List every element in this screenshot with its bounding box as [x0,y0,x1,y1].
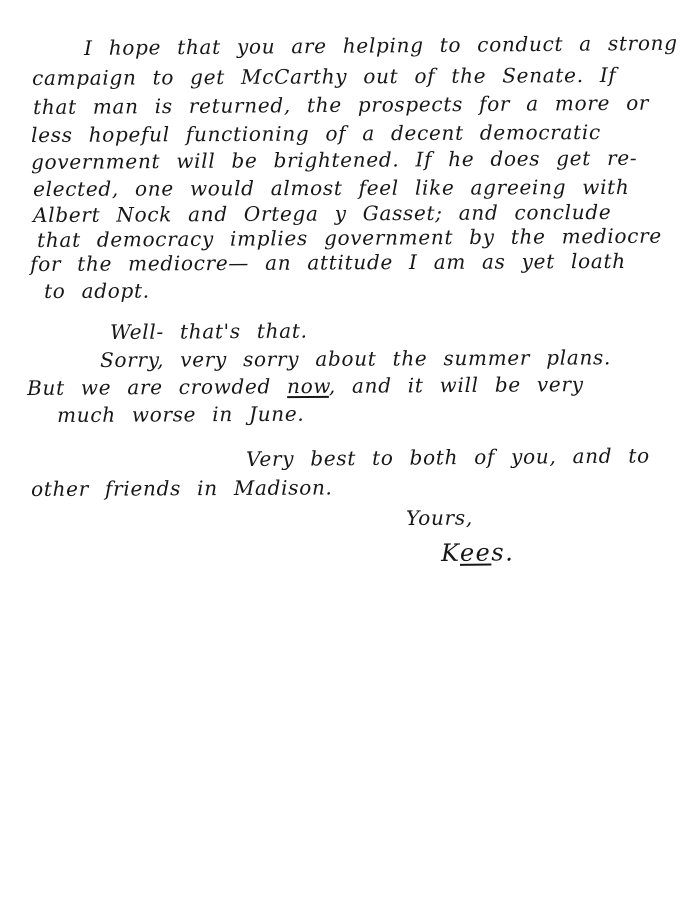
signature-underlined-segment: ee [460,539,492,567]
letter-line: But we are crowded now, and it will be v… [27,372,584,400]
letter-line: to adopt. [44,279,150,303]
letter-line: campaign to get McCarthy out of the Sena… [32,63,617,90]
closing-line: Very best to both of you, and to [246,443,650,471]
valediction: Yours, [406,506,473,530]
letter-line: elected, one would almost feel like agre… [33,175,630,201]
letter-line: that man is returned, the prospects for … [33,91,649,119]
letter-line: Albert Nock and Ortega y Gasset; and con… [33,200,611,227]
signature-segment: K [441,539,460,567]
letter-line: for the mediocre— an attitude I am as ye… [30,249,626,276]
letter-line: government will be brightened. If he doe… [31,146,637,174]
letter-page: I hope that you are helping to conduct a… [0,0,700,922]
letter-line-segment: But we are crowded [27,374,287,400]
letter-line: Well- that's that. [110,319,308,344]
letter-line: much worse in June. [57,402,304,427]
letter-line: less hopeful functioning of a decent dem… [31,120,601,147]
closing-line: other friends in Madison. [31,475,333,501]
letter-line: Sorry, very sorry about the summer plans… [100,345,611,372]
letter-line: that democracy implies government by the… [37,224,662,252]
underlined-word: now [287,374,329,398]
letter-line-segment: , and it will be very [329,372,584,398]
signature-segment: s. [491,538,514,566]
signature: Kees. [441,540,514,565]
letter-line: I hope that you are helping to conduct a… [84,31,678,60]
